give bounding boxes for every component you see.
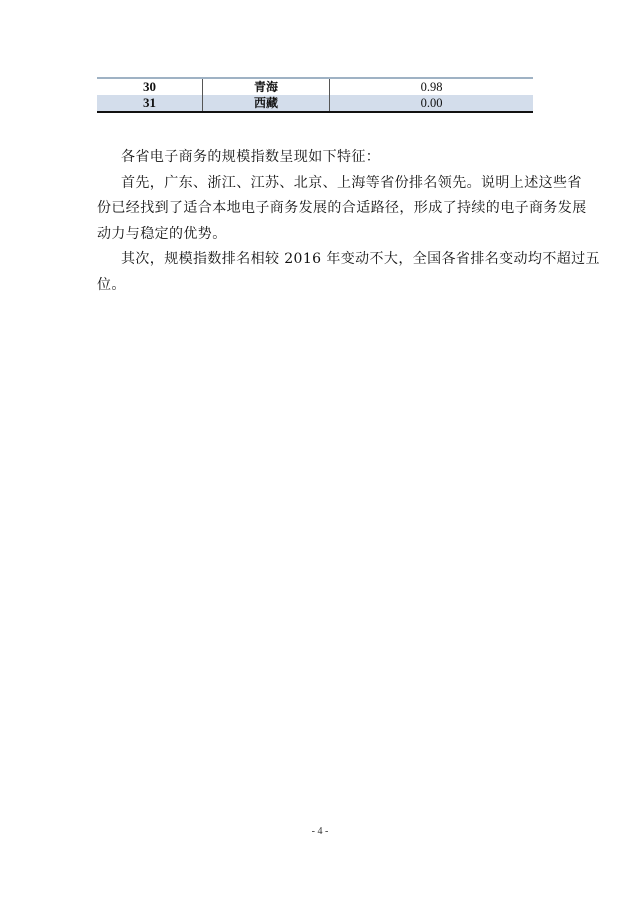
province-cell: 青海	[203, 78, 330, 95]
text-line: 各省电子商务的规模指数呈现如下特征：	[97, 145, 537, 171]
ranking-table: 30 青海 0.98 31 西藏 0.00	[97, 77, 533, 113]
body-text: 各省电子商务的规模指数呈现如下特征： 首先，广东、浙江、江苏、北京、上海等省份排…	[97, 145, 537, 299]
text-line: 份已经找到了适合本地电子商务发展的合适路径，形成了持续的电子商务发展	[97, 196, 537, 222]
province-cell: 西藏	[203, 95, 330, 112]
paragraph-first: 首先，广东、浙江、江苏、北京、上海等省份排名领先。说明上述这些省 份已经找到了适…	[97, 171, 537, 248]
value-cell: 0.00	[330, 95, 534, 112]
text-line: 动力与稳定的优势。	[97, 222, 537, 248]
table-row: 30 青海 0.98	[97, 78, 533, 95]
table-row: 31 西藏 0.00	[97, 95, 533, 112]
value-cell: 0.98	[330, 78, 534, 95]
paragraph-intro: 各省电子商务的规模指数呈现如下特征：	[97, 145, 537, 171]
rank-cell: 30	[97, 78, 203, 95]
text-line: 其次，规模指数排名相较 2016 年变动不大，全国各省排名变动均不超过五	[97, 247, 537, 273]
text-line: 首先，广东、浙江、江苏、北京、上海等省份排名领先。说明上述这些省	[97, 171, 537, 197]
paragraph-second: 其次，规模指数排名相较 2016 年变动不大，全国各省排名变动均不超过五 位。	[97, 247, 537, 298]
text-line: 位。	[97, 273, 537, 299]
rank-cell: 31	[97, 95, 203, 112]
document-page: 30 青海 0.98 31 西藏 0.00 各省电子商务的规模指数呈现如下特征：…	[0, 0, 640, 905]
page-number: - 4 -	[0, 826, 640, 837]
